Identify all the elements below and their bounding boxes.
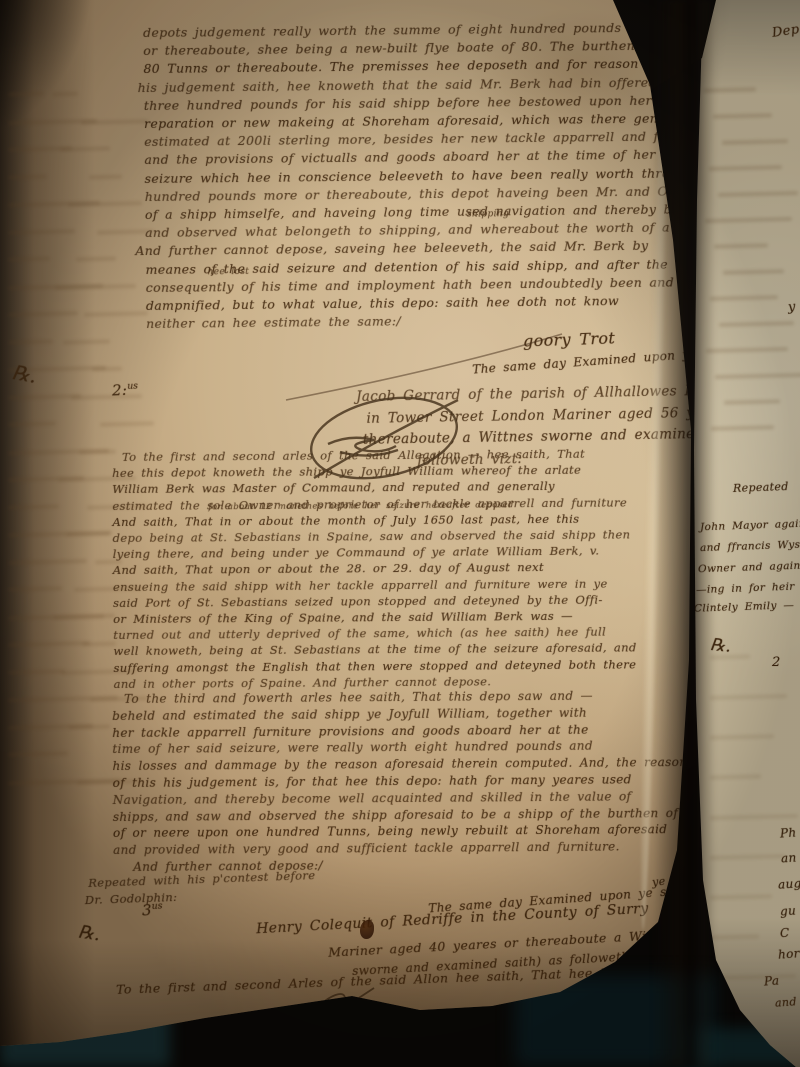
- ink-showthrough: [66, 531, 110, 536]
- manuscript-line: seizure which hee in conscience beleevet…: [145, 165, 678, 186]
- manuscript-line: 80 Tunns or thereaboute. The premisses h…: [143, 56, 685, 77]
- ink-showthrough: [710, 854, 785, 860]
- manuscript-line: turned out and utterly deprived of the s…: [113, 625, 606, 642]
- ink-showthrough: [8, 339, 53, 344]
- edge-fragment: Dep: [771, 22, 800, 41]
- manuscript-line: and in other ports of Spaine. And furthe…: [114, 674, 492, 691]
- rx-mark-1: ℞.: [10, 360, 39, 388]
- manuscript-line: And saith, That in or about the month of…: [112, 512, 579, 529]
- edge-fragment: Ph: [780, 825, 797, 840]
- ink-showthrough: [718, 191, 798, 197]
- ink-showthrough: [8, 229, 75, 235]
- ink-showthrough: [710, 694, 787, 700]
- rx-mark-2: ℞.: [77, 922, 102, 946]
- manuscript-line: and provided with very good and sufficie…: [113, 840, 620, 858]
- manuscript-line: Repeated with his p'contest before: [88, 868, 316, 890]
- manuscript-line: of a shipp himselfe, and haveing long ti…: [145, 201, 715, 222]
- ink-showthrough: [704, 87, 756, 92]
- ink-showthrough: [8, 174, 47, 179]
- edge-fragment: and: [775, 995, 798, 1009]
- manuscript-line: and observed what belongeth to shipping,…: [145, 219, 771, 241]
- ink-showthrough: [723, 269, 784, 274]
- left-manuscript-page: depots judgement really worth the summe …: [0, 0, 800, 1067]
- case-note-line: John Mayor against ye: [700, 517, 800, 534]
- manuscript-line: her tackle apparrell furniture provision…: [112, 722, 588, 739]
- ink-showthrough: [710, 814, 798, 820]
- catchword: Depo: [556, 993, 587, 1008]
- ink-showthrough: [8, 92, 44, 97]
- case-note-line: Clintely Emily —: [694, 599, 795, 614]
- ink-showthrough: [709, 165, 782, 171]
- ink-showthrough: [84, 311, 148, 317]
- ink-showthrough: [60, 146, 110, 151]
- ink-showthrough: [53, 614, 104, 619]
- ink-showthrough: [719, 321, 794, 327]
- ink-showthrough: [8, 751, 68, 756]
- manuscript-line: shipping: [467, 209, 509, 219]
- ink-showthrough: [710, 295, 778, 301]
- ink-showthrough: [8, 641, 90, 647]
- edge-fragment: y: [787, 300, 796, 316]
- ink-showthrough: [711, 425, 774, 431]
- ink-showthrough: [69, 724, 110, 729]
- ink-showthrough: [710, 734, 774, 740]
- manuscript-line: hee lost: [208, 267, 250, 277]
- manuscript-line: depo being at St. Sebastians in Spaine, …: [113, 527, 631, 545]
- ink-showthrough: [715, 373, 800, 379]
- manuscript-line: And further cannot depose, saveing hee b…: [135, 238, 648, 258]
- margin-number-right-2: 2: [772, 655, 781, 670]
- ink-showthrough: [82, 642, 116, 647]
- ink-blot: [360, 920, 374, 939]
- manuscript-line: suffering amongst the English that then …: [113, 657, 636, 675]
- ink-showthrough: [68, 201, 142, 207]
- ink-showthrough: [79, 449, 116, 454]
- case-note-line: and ffrancis Wyse of: [700, 538, 800, 554]
- edge-fragment: C: [780, 926, 791, 941]
- ink-showthrough: [8, 586, 62, 591]
- manuscript-line: dampnified, but to what value, this depo…: [146, 293, 619, 313]
- manuscript-line: reparation or new makeing at Shoreham af…: [144, 110, 696, 131]
- ink-showthrough: [705, 217, 792, 223]
- ink-showthrough: [706, 347, 788, 353]
- margin-number-2: 2:us: [112, 381, 139, 400]
- manuscript-line: of or neere upon one hundred Tunns, bein…: [113, 823, 667, 841]
- manuscript-line: well knoweth, being at St. Sebastians at…: [113, 641, 636, 659]
- page-edge-highlight: [636, 70, 670, 930]
- manuscript-line: or thereaboute, shee being a new-built f…: [143, 38, 655, 58]
- ink-showthrough: [52, 92, 78, 97]
- manuscript-line: three hundred pounds for his said shipp …: [144, 92, 684, 113]
- manuscript-line: Navigation, and thereby become well acqu…: [113, 789, 632, 807]
- edge-fragment: hor: [778, 946, 800, 961]
- manuscript-line: beheld and estimated the said shipp ye J…: [112, 705, 587, 722]
- manuscript-line: Dr. Godolphin:: [85, 890, 178, 907]
- ink-showthrough: [63, 339, 110, 344]
- rx-mark-right: ℞.: [709, 635, 732, 657]
- ink-showthrough: [8, 256, 50, 261]
- ink-showthrough: [710, 974, 796, 980]
- pen-slash: [280, 330, 570, 408]
- case-note-line: —ing in for heir int: [696, 580, 800, 596]
- ink-showthrough: [724, 399, 780, 404]
- manuscript-line: hundred pounds more or thereaboute, this…: [145, 183, 702, 204]
- margin-number-3: 3us: [142, 900, 164, 919]
- edge-fragment: aug: [778, 876, 800, 892]
- manuscript-line: for about 12 monethes before her seizure…: [208, 500, 513, 512]
- edge-fragment: gu: [780, 903, 797, 918]
- ink-showthrough: [710, 655, 750, 660]
- manuscript-line: ensueing the said shipp with her tackle …: [113, 576, 608, 593]
- ink-showthrough: [713, 113, 772, 118]
- manuscript-line: said Port of St. Sebastians seized upon …: [113, 592, 603, 609]
- manuscript-line: shipps, and saw and observed the shipp a…: [113, 806, 678, 824]
- manuscript-line: his losses and dammage by the reason afo…: [112, 755, 687, 773]
- manuscript-line: neither can hee estimate the same:/: [146, 314, 401, 332]
- ink-showthrough: [100, 421, 154, 426]
- ink-showthrough: [710, 774, 761, 779]
- manuscript-line: time of her said seizure, were really wo…: [112, 739, 593, 756]
- right-repeat-note: Repeated: [733, 480, 789, 495]
- manuscript-line: of this his judgement is, for that hee t…: [113, 772, 632, 790]
- ink-showthrough: [8, 311, 78, 317]
- manuscript-line: consequently of his time and imployment …: [146, 274, 674, 295]
- ink-showthrough: [89, 174, 122, 179]
- ink-showthrough: [92, 367, 122, 372]
- manuscript-line: estimated at 200li sterling more, beside…: [144, 128, 714, 149]
- manuscript-line: and the provisions of victualls and good…: [144, 147, 690, 168]
- ink-showthrough: [722, 139, 788, 145]
- ink-showthrough: [76, 257, 116, 262]
- manuscript-line: or Ministers of the King of Spaine, and …: [113, 609, 573, 626]
- ink-showthrough: [710, 894, 772, 900]
- manuscript-line: And saith, That upon or about the 28. or…: [113, 560, 544, 577]
- manuscript-photo: RepeatedJohn Mayor against yeand ffranci…: [0, 0, 800, 1067]
- ink-showthrough: [8, 421, 56, 426]
- manuscript-line: depots judgement really worth the summe …: [143, 19, 680, 40]
- paraph-flourish: [292, 982, 382, 1034]
- ink-showthrough: [714, 243, 768, 248]
- ink-showthrough: [8, 559, 87, 565]
- manuscript-line: To the third and fowerth arles hee saith…: [124, 689, 593, 706]
- ink-showthrough: [8, 669, 65, 674]
- manuscript-line: his judgement saith, hee knoweth that th…: [138, 74, 657, 94]
- ink-showthrough: [710, 934, 759, 939]
- manuscript-line: lyeing there, and being under ye Commaun…: [113, 544, 600, 561]
- heading-2-right-fragment: ye 4—: [651, 872, 691, 889]
- ink-showthrough: [8, 504, 59, 509]
- case-note-line: Owner and against ye: [698, 559, 800, 576]
